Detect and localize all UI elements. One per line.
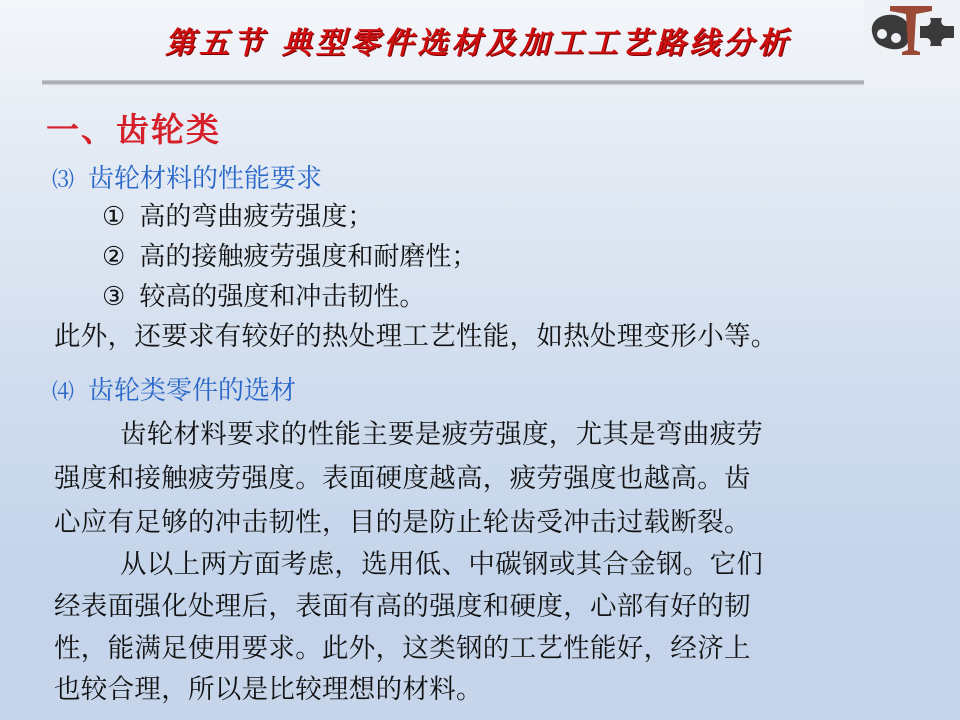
- header-divider-right: [432, 80, 864, 85]
- paragraph-line: 心应有足够的冲击韧性，目的是防止轮齿受冲击过载断裂。: [54, 500, 751, 539]
- gear-machine-logo-icon: [868, 2, 956, 58]
- sub-heading-number: ⑷: [52, 380, 74, 405]
- paragraph-line: 齿轮材料要求的性能主要是疲劳强度，尤其是弯曲疲劳: [120, 412, 763, 451]
- paragraph-line: 从以上两方面考虑，选用低、中碳钢或其合金钢。它们: [120, 542, 763, 581]
- list-item: ②高的接触疲劳强度和耐磨性；: [102, 236, 477, 273]
- paragraph-line: 经表面强化处理后，表面有高的强度和硬度，心部有好的韧: [54, 584, 751, 623]
- list-item: ③较高的强度和冲击韧性。: [102, 276, 425, 313]
- sub-heading-number: ⑶: [52, 168, 74, 193]
- list-item: ①高的弯曲疲劳强度；: [102, 196, 373, 233]
- slide-header-title: 第五节 典型零件选材及加工工艺路线分析: [165, 18, 845, 62]
- sub-heading-3: ⑶齿轮材料的性能要求: [52, 158, 322, 195]
- list-text: 高的弯曲疲劳强度；: [139, 202, 373, 232]
- list-marker: ①: [102, 202, 125, 232]
- sub-heading-text: 齿轮材料的性能要求: [88, 164, 322, 194]
- list-text: 高的接触疲劳强度和耐磨性；: [139, 242, 477, 272]
- section-title: 一、齿轮类: [46, 104, 221, 151]
- list-marker: ②: [102, 242, 125, 272]
- header-divider: [42, 80, 432, 85]
- sub-heading-text: 齿轮类零件的选材: [88, 376, 296, 406]
- paragraph-line: 也较合理，所以是比较理想的材料。: [54, 667, 483, 706]
- paragraph-line: 性，能满足使用要求。此外，这类钢的工艺性能好，经济上: [54, 626, 751, 665]
- sub-heading-4: ⑷齿轮类零件的选材: [52, 370, 296, 407]
- paragraph-line: 强度和接触疲劳强度。表面硬度越高，疲劳强度也越高。齿: [54, 456, 751, 495]
- note-text: 此外，还要求有较好的热处理工艺性能，如热处理变形小等。: [54, 314, 778, 353]
- list-text: 较高的强度和冲击韧性。: [139, 282, 425, 312]
- list-marker: ③: [102, 282, 125, 312]
